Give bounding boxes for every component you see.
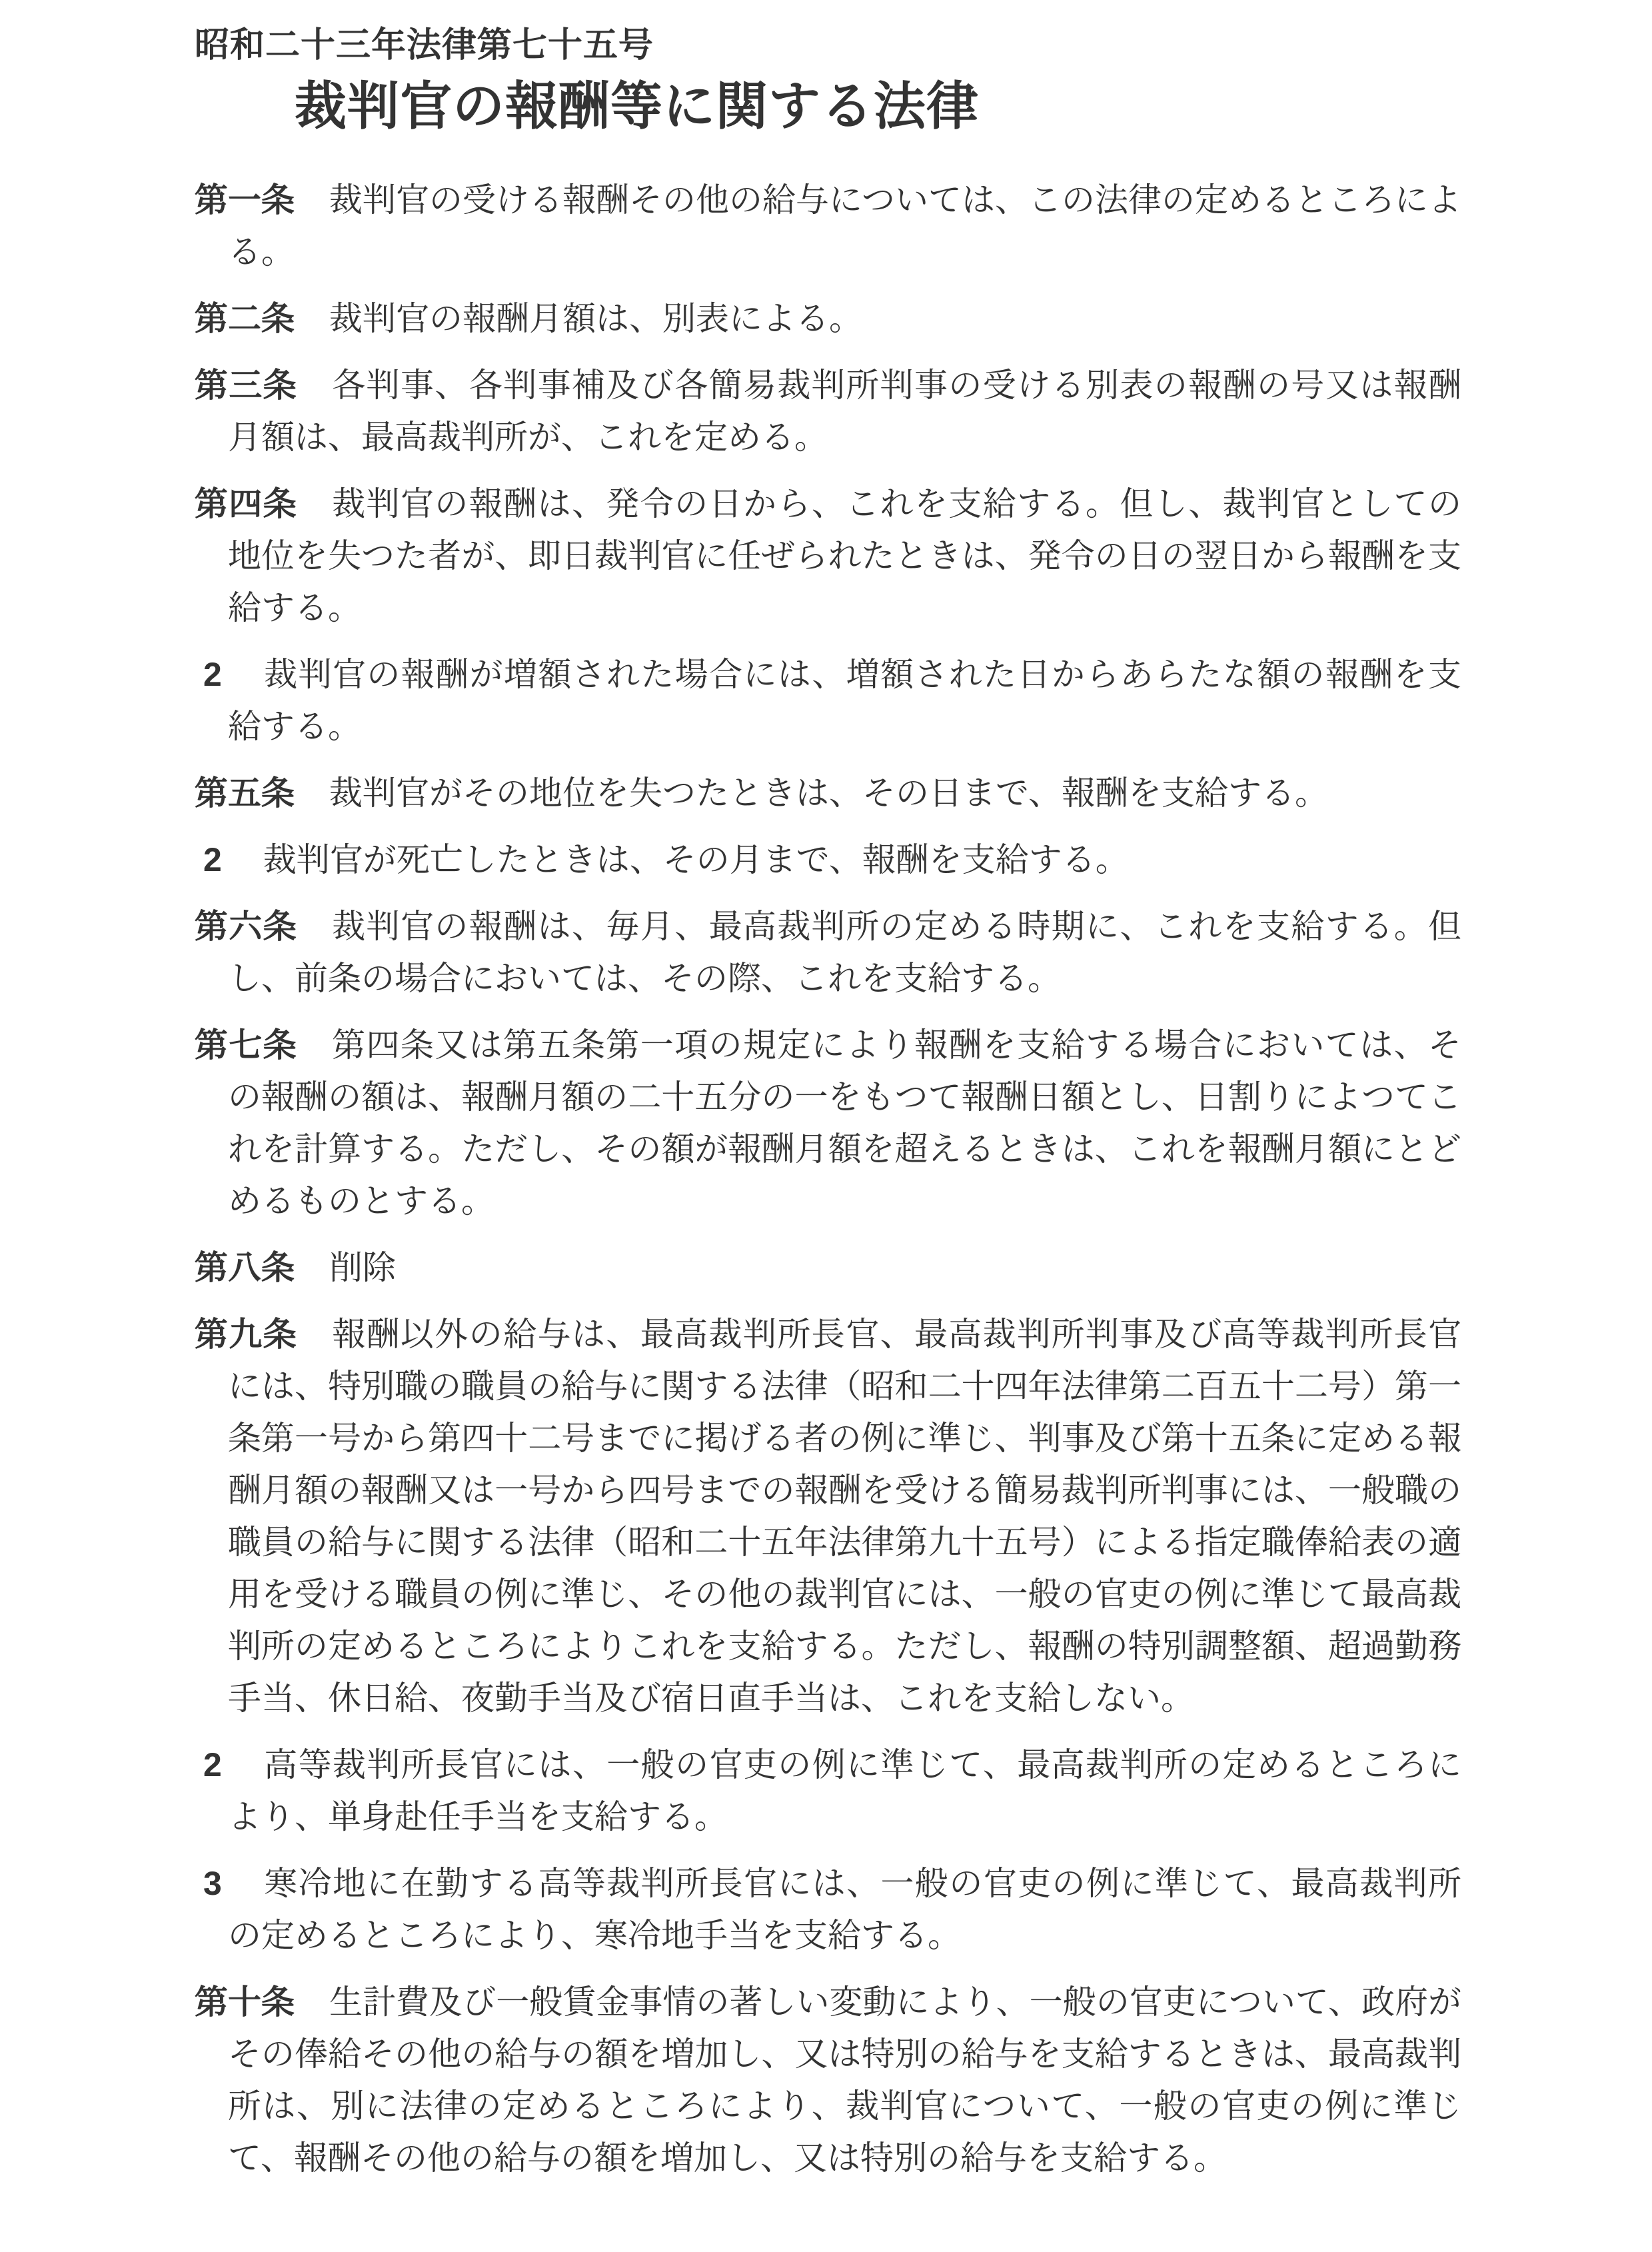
article-3-number: 第三条 [195, 367, 297, 404]
article-3-text: 各判事、各判事補及び各簡易裁判所判事の受ける別表の報酬の号又は報酬月額は、最高裁… [228, 367, 1461, 456]
article-3: 第三条各判事、各判事補及び各簡易裁判所判事の受ける別表の報酬の号又は報酬月額は、… [195, 359, 1461, 463]
article-1-number: 第一条 [195, 181, 295, 219]
article-9-paragraph-2-number: 2 [203, 1746, 222, 1783]
article-9: 第九条報酬以外の給与は、最高裁判所長官、最高裁判所判事及び高等裁判所長官には、特… [195, 1308, 1461, 1724]
article-4-text: 裁判官の報酬は、発令の日から、これを支給する。但し、裁判官としての地位を失つた者… [228, 485, 1461, 626]
article-9-paragraph-2: 2高等裁判所長官には、一般の官吏の例に準じて、最高裁判所の定めるところにより、単… [195, 1739, 1461, 1843]
article-1-text: 裁判官の受ける報酬その他の給与については、この法律の定めるところによる。 [228, 181, 1461, 271]
article-4-number: 第四条 [195, 485, 297, 523]
article-5: 第五条裁判官がその地位を失つたときは、その日まで、報酬を支給する。 [195, 767, 1461, 819]
article-10-text: 生計費及び一般賃金事情の著しい変動により、一般の官吏について、政府がその俸給その… [228, 1983, 1461, 2177]
article-5-paragraph-2: 2裁判官が死亡したときは、その月まで、報酬を支給する。 [195, 834, 1461, 886]
article-4-paragraph-2: 2裁判官の報酬が増額された場合には、増額された日からあらたな額の報酬を支給する。 [195, 648, 1461, 752]
article-9-paragraph-3-number: 3 [203, 1865, 222, 1902]
article-2-number: 第二条 [195, 300, 295, 337]
article-5-paragraph-2-number: 2 [203, 841, 222, 878]
article-2: 第二条裁判官の報酬月額は、別表による。 [195, 293, 1461, 345]
article-9-paragraph-3: 3寒冷地に在勤する高等裁判所長官には、一般の官吏の例に準じて、最高裁判所の定める… [195, 1857, 1461, 1961]
article-4-paragraph-2-text: 裁判官の報酬が増額された場合には、増額された日からあらたな額の報酬を支給する。 [228, 656, 1461, 745]
article-7-number: 第七条 [195, 1026, 297, 1064]
article-9-number: 第九条 [195, 1316, 297, 1353]
article-9-paragraph-3-text: 寒冷地に在勤する高等裁判所長官には、一般の官吏の例に準じて、最高裁判所の定めると… [228, 1865, 1461, 1954]
article-5-number: 第五条 [195, 774, 295, 812]
article-6-text: 裁判官の報酬は、毎月、最高裁判所の定める時期に、これを支給する。但し、前条の場合… [228, 908, 1461, 997]
article-7-text: 第四条又は第五条第一項の規定により報酬を支給する場合においては、その報酬の額は、… [228, 1026, 1461, 1220]
article-9-text: 報酬以外の給与は、最高裁判所長官、最高裁判所判事及び高等裁判所長官には、特別職の… [228, 1316, 1461, 1717]
article-9-paragraph-2-text: 高等裁判所長官には、一般の官吏の例に準じて、最高裁判所の定めるところにより、単身… [228, 1746, 1461, 1835]
article-1: 第一条裁判官の受ける報酬その他の給与については、この法律の定めるところによる。 [195, 174, 1461, 278]
article-2-text: 裁判官の報酬月額は、別表による。 [329, 300, 862, 337]
article-5-paragraph-2-text: 裁判官が死亡したときは、その月まで、報酬を支給する。 [263, 841, 1129, 878]
article-5-text: 裁判官がその地位を失つたときは、その日まで、報酬を支給する。 [329, 774, 1328, 812]
law-title: 裁判官の報酬等に関する法律 [295, 77, 1461, 137]
article-10-number: 第十条 [195, 1983, 295, 2021]
article-4-paragraph-2-number: 2 [203, 656, 222, 693]
article-6: 第六条裁判官の報酬は、毎月、最高裁判所の定める時期に、これを支給する。但し、前条… [195, 900, 1461, 1004]
article-10: 第十条生計費及び一般賃金事情の著しい変動により、一般の官吏について、政府がその俸… [195, 1976, 1461, 2184]
law-number: 昭和二十三年法律第七十五号 [195, 24, 1461, 67]
article-8-number: 第八条 [195, 1249, 295, 1286]
article-7: 第七条第四条又は第五条第一項の規定により報酬を支給する場合においては、その報酬の… [195, 1019, 1461, 1227]
article-6-number: 第六条 [195, 908, 297, 945]
article-8: 第八条削除 [195, 1242, 1461, 1294]
article-4: 第四条裁判官の報酬は、発令の日から、これを支給する。但し、裁判官としての地位を失… [195, 478, 1461, 634]
law-document-page: 昭和二十三年法律第七十五号 裁判官の報酬等に関する法律 第一条裁判官の受ける報酬… [0, 0, 1652, 2252]
articles-section: 第一条裁判官の受ける報酬その他の給与については、この法律の定めるところによる。 … [195, 174, 1461, 2184]
article-8-text: 削除 [329, 1249, 396, 1286]
